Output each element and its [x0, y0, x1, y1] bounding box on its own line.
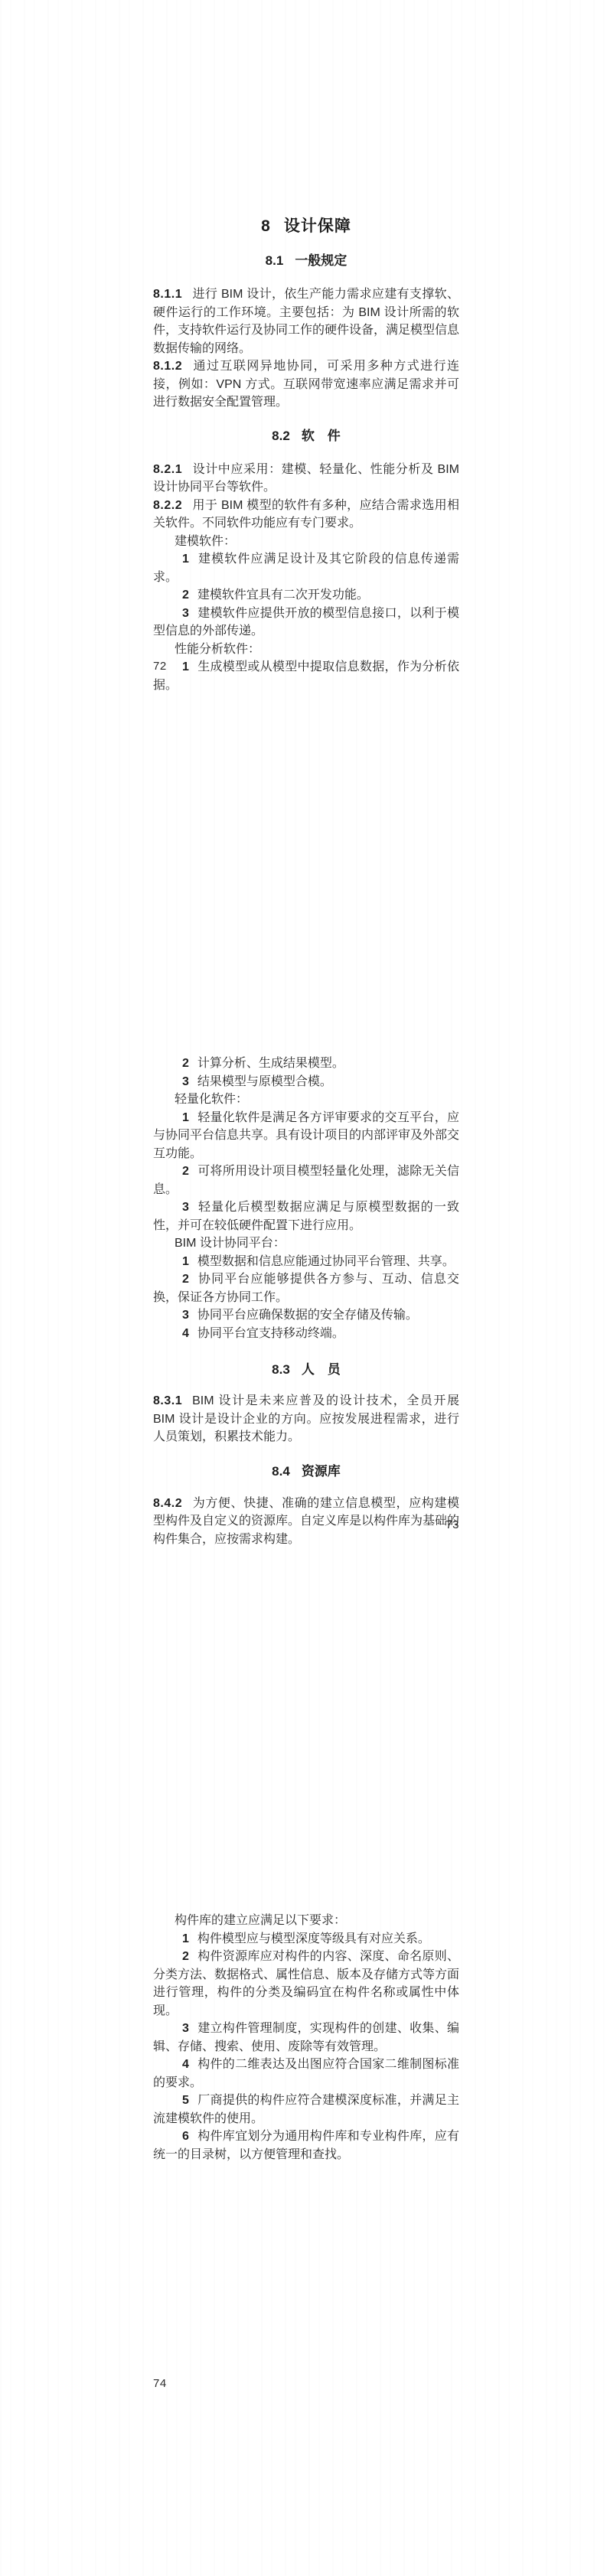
- item-text: 构件的二维表达及出图应符合国家二维制图标准的要求。: [153, 2058, 459, 2089]
- item-number: 3: [182, 1075, 189, 1088]
- item-text: 厂商提供的构件应符合建模深度标准，并满足主流建模软件的使用。: [153, 2094, 459, 2125]
- list-item: 3轻量化后模型数据应满足与原模型数据的一致性，并可在较低硬件配置下进行应用。: [153, 1198, 459, 1234]
- section-heading-8-3: 8.3人 员: [153, 1361, 459, 1379]
- clause-text: 通过互联网异地协同，可采用多种方式进行连接，例如：VPN 方式。互联网带宽速率应…: [153, 360, 459, 409]
- clause-text: 为方便、快捷、准确的建立信息模型，应构建模型构件及自定义的资源库。自定义库是以构…: [153, 1497, 459, 1546]
- item-text: 生成模型或从模型中提取信息数据，作为分析依据。: [153, 660, 459, 692]
- item-number: 2: [182, 1165, 189, 1178]
- item-text: 协同平台宜支持移动终端。: [197, 1327, 344, 1340]
- item-number: 3: [182, 1309, 189, 1322]
- item-number: 2: [182, 589, 189, 602]
- clause-text: 设计中应采用：建模、轻量化、性能分析及 BIM 设计协同平台等软件。: [153, 463, 459, 494]
- item-number: 6: [182, 2130, 189, 2143]
- section-number: 8.1: [266, 253, 284, 268]
- list-item: 3协同平台应确保数据的安全存储及传输。: [153, 1306, 459, 1325]
- page-number: 73: [445, 1516, 459, 1534]
- standard-document: 8设计保障 8.1一般规定 8.1.1进行 BIM 设计，依生产能力需求应建有支…: [0, 0, 607, 2576]
- list-item: 2构件资源库应对构件的内容、深度、命名原则、分类方法、数据格式、属性信息、版本及…: [153, 1948, 459, 2020]
- list-item: 2可将所用设计项目模型轻量化处理，滤除无关信息。: [153, 1162, 459, 1198]
- list-item: 2计算分析、生成结果模型。: [153, 1055, 459, 1073]
- page-number: 74: [153, 2375, 167, 2392]
- item-number: 3: [182, 1201, 189, 1214]
- item-text: 建模软件宜具有二次开发功能。: [197, 589, 369, 602]
- list-item: 6构件库宜划分为通用构件库和专业构件库，应有统一的目录树，以方便管理和查找。: [153, 2128, 459, 2164]
- chapter-title-text: 设计保障: [284, 217, 351, 235]
- clause-text: 用于 BIM 模型的软件有多种，应结合需求选用相关软件。不同软件功能应有专门要求…: [153, 499, 459, 530]
- item-text: 建模软件应提供开放的模型信息接口，以利于模型信息的外部传递。: [153, 607, 459, 638]
- item-number: 3: [182, 2022, 189, 2035]
- list-lead-analysis-software: 性能分析软件：: [153, 641, 459, 659]
- section-title-text: 一般规定: [295, 253, 347, 268]
- item-number: 4: [182, 2058, 189, 2071]
- clause-8-2-2: 8.2.2用于 BIM 模型的软件有多种，应结合需求选用相关软件。不同软件功能应…: [153, 497, 459, 533]
- clause-number: 8.2.2: [153, 499, 182, 512]
- item-text: 模型数据和信息应能通过协同平台管理、共享。: [197, 1255, 455, 1268]
- list-lead-component-library: 构件库的建立应满足以下要求：: [153, 1912, 459, 1930]
- page-72-content: 8设计保障 8.1一般规定 8.1.1进行 BIM 设计，依生产能力需求应建有支…: [153, 0, 459, 694]
- page-72: 8设计保障 8.1一般规定 8.1.1进行 BIM 设计，依生产能力需求应建有支…: [0, 0, 607, 859]
- item-text: 轻量化后模型数据应满足与原模型数据的一致性，并可在较低硬件配置下进行应用。: [153, 1201, 459, 1232]
- list-item: 2协同平台应能够提供各方参与、互动、信息交换，保证各方协同工作。: [153, 1270, 459, 1306]
- page-number: 72: [153, 657, 167, 675]
- page-73: 2计算分析、生成结果模型。 3结果模型与原模型合模。 轻量化软件： 1轻量化软件…: [0, 859, 607, 1717]
- item-number: 1: [182, 1111, 189, 1124]
- list-item: 1模型数据和信息应能通过协同平台管理、共享。: [153, 1253, 459, 1271]
- clause-8-2-1: 8.2.1设计中应采用：建模、轻量化、性能分析及 BIM 设计协同平台等软件。: [153, 461, 459, 497]
- section-heading-8-1: 8.1一般规定: [153, 252, 459, 270]
- item-text: 结果模型与原模型合模。: [197, 1075, 332, 1088]
- clause-8-1-1: 8.1.1进行 BIM 设计，依生产能力需求应建有支撑软、硬件运行的工作环境。主…: [153, 285, 459, 357]
- list-item: 1建模软件应满足设计及其它阶段的信息传递需求。: [153, 550, 459, 586]
- clause-8-4-2: 8.4.2为方便、快捷、准确的建立信息模型，应构建模型构件及自定义的资源库。自定…: [153, 1495, 459, 1549]
- clause-text: BIM 设计是未来应普及的设计技术，全员开展 BIM 设计是设计企业的方向。应按…: [153, 1394, 459, 1443]
- clause-number: 8.1.1: [153, 288, 182, 301]
- item-number: 3: [182, 607, 189, 620]
- list-item: 1构件模型应与模型深度等级具有对应关系。: [153, 1930, 459, 1948]
- chapter-number: 8: [261, 217, 270, 235]
- item-number: 1: [182, 660, 189, 673]
- item-text: 建立构件管理制度，实现构件的创建、收集、编辑、存储、搜索、使用、废除等有效管理。: [153, 2022, 459, 2053]
- item-number: 1: [182, 1932, 189, 1945]
- item-number: 4: [182, 1327, 189, 1340]
- list-lead-modeling-software: 建模软件：: [153, 533, 459, 551]
- item-number: 2: [182, 1950, 189, 1963]
- section-heading-8-2: 8.2软 件: [153, 427, 459, 445]
- list-item: 3结果模型与原模型合模。: [153, 1073, 459, 1091]
- clause-8-1-2: 8.1.2通过互联网异地协同，可采用多种方式进行连接，例如：VPN 方式。互联网…: [153, 357, 459, 412]
- clause-text: 进行 BIM 设计，依生产能力需求应建有支撑软、硬件运行的工作环境。主要包括：为…: [153, 288, 459, 355]
- item-text: 轻量化软件是满足各方评审要求的交互平台，应与协同平台信息共享。具有设计项目的内部…: [153, 1111, 459, 1160]
- section-title-text: 软 件: [302, 429, 341, 443]
- section-heading-8-4: 8.4资源库: [153, 1462, 459, 1481]
- list-item: 5厂商提供的构件应符合建模深度标准，并满足主流建模软件的使用。: [153, 2092, 459, 2128]
- list-item: 1轻量化软件是满足各方评审要求的交互平台，应与协同平台信息共享。具有设计项目的内…: [153, 1109, 459, 1163]
- chapter-heading: 8设计保障: [153, 217, 459, 236]
- list-item: 4协同平台宜支持移动终端。: [153, 1325, 459, 1343]
- page-74: 构件库的建立应满足以下要求： 1构件模型应与模型深度等级具有对应关系。 2构件资…: [0, 1717, 607, 2576]
- item-number: 5: [182, 2094, 189, 2107]
- item-text: 协同平台应能够提供各方参与、互动、信息交换，保证各方协同工作。: [153, 1273, 459, 1304]
- list-lead-lightweight-software: 轻量化软件：: [153, 1091, 459, 1109]
- clause-number: 8.3.1: [153, 1394, 182, 1407]
- clause-number: 8.2.1: [153, 463, 182, 476]
- section-number: 8.3: [272, 1362, 290, 1377]
- list-item: 2建模软件宜具有二次开发功能。: [153, 586, 459, 605]
- section-title-text: 资源库: [302, 1464, 341, 1479]
- item-text: 建模软件应满足设计及其它阶段的信息传递需求。: [153, 553, 459, 584]
- item-number: 2: [182, 1273, 189, 1286]
- clause-number: 8.4.2: [153, 1497, 182, 1510]
- item-text: 协同平台应确保数据的安全存储及传输。: [197, 1309, 418, 1322]
- list-item: 3建模软件应提供开放的模型信息接口，以利于模型信息的外部传递。: [153, 605, 459, 641]
- item-text: 可将所用设计项目模型轻量化处理，滤除无关信息。: [153, 1165, 459, 1196]
- list-item: 3建立构件管理制度，实现构件的创建、收集、编辑、存储、搜索、使用、废除等有效管理…: [153, 2020, 459, 2056]
- item-text: 构件库宜划分为通用构件库和专业构件库，应有统一的目录树，以方便管理和查找。: [153, 2130, 459, 2161]
- section-number: 8.4: [272, 1464, 290, 1479]
- list-item: 1生成模型或从模型中提取信息数据，作为分析依据。: [153, 658, 459, 694]
- item-text: 构件模型应与模型深度等级具有对应关系。: [197, 1932, 430, 1945]
- list-item: 4构件的二维表达及出图应符合国家二维制图标准的要求。: [153, 2056, 459, 2092]
- list-lead-bim-platform: BIM 设计协同平台：: [153, 1234, 459, 1253]
- clause-number: 8.1.2: [153, 360, 182, 373]
- item-text: 计算分析、生成结果模型。: [197, 1057, 344, 1070]
- section-number: 8.2: [272, 429, 290, 443]
- page-73-content: 2计算分析、生成结果模型。 3结果模型与原模型合模。 轻量化软件： 1轻量化软件…: [153, 859, 459, 1548]
- item-text: 构件资源库应对构件的内容、深度、命名原则、分类方法、数据格式、属性信息、版本及存…: [153, 1950, 459, 2017]
- item-number: 1: [182, 553, 189, 566]
- clause-8-3-1: 8.3.1BIM 设计是未来应普及的设计技术，全员开展 BIM 设计是设计企业的…: [153, 1392, 459, 1446]
- item-number: 1: [182, 1255, 189, 1268]
- page-74-content: 构件库的建立应满足以下要求： 1构件模型应与模型深度等级具有对应关系。 2构件资…: [153, 1717, 459, 2164]
- item-number: 2: [182, 1057, 189, 1070]
- section-title-text: 人 员: [302, 1362, 341, 1377]
